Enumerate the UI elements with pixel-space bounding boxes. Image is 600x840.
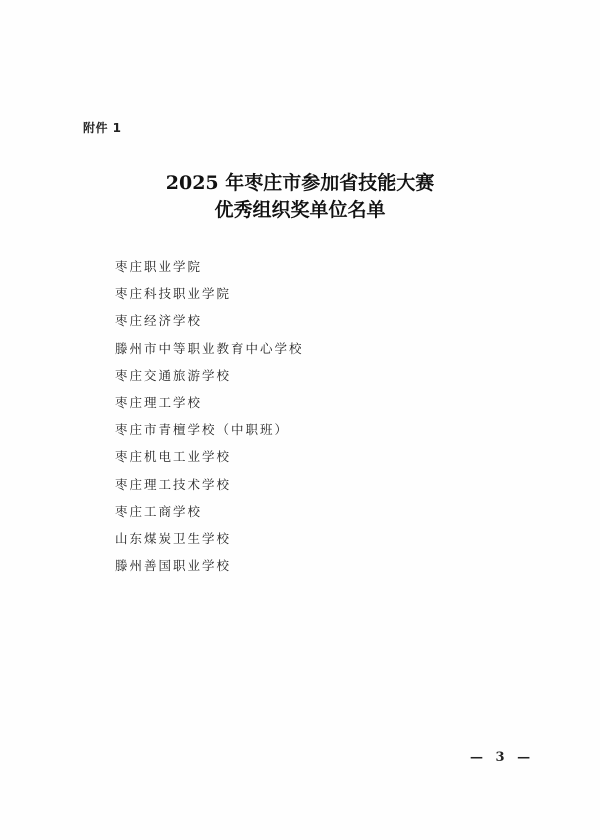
list-item: 枣庄经济学校 bbox=[115, 307, 304, 334]
attachment-label: 附件 1 bbox=[83, 119, 122, 136]
list-item: 枣庄科技职业学院 bbox=[115, 280, 304, 307]
list-item: 枣庄职业学院 bbox=[115, 253, 304, 280]
title-line-2: 优秀组织奖单位名单 bbox=[0, 197, 600, 224]
list-item: 枣庄理工技术学校 bbox=[115, 471, 304, 498]
list-item: 枣庄市青檀学校（中职班） bbox=[115, 416, 304, 443]
list-item: 枣庄理工学校 bbox=[115, 389, 304, 416]
list-item: 滕州善国职业学校 bbox=[115, 552, 304, 579]
list-item: 枣庄交通旅游学校 bbox=[115, 362, 304, 389]
list-item: 枣庄工商学校 bbox=[115, 498, 304, 525]
page-number: — 3 — bbox=[470, 750, 534, 765]
document-page: 附件 1 2025 年枣庄市参加省技能大赛 优秀组织奖单位名单 枣庄职业学院 枣… bbox=[0, 0, 600, 840]
award-unit-list: 枣庄职业学院 枣庄科技职业学院 枣庄经济学校 滕州市中等职业教育中心学校 枣庄交… bbox=[115, 253, 304, 579]
title-line-1: 2025 年枣庄市参加省技能大赛 bbox=[0, 170, 600, 197]
list-item: 山东煤炭卫生学校 bbox=[115, 525, 304, 552]
list-item: 枣庄机电工业学校 bbox=[115, 443, 304, 470]
list-item: 滕州市中等职业教育中心学校 bbox=[115, 335, 304, 362]
document-title: 2025 年枣庄市参加省技能大赛 优秀组织奖单位名单 bbox=[0, 170, 600, 224]
